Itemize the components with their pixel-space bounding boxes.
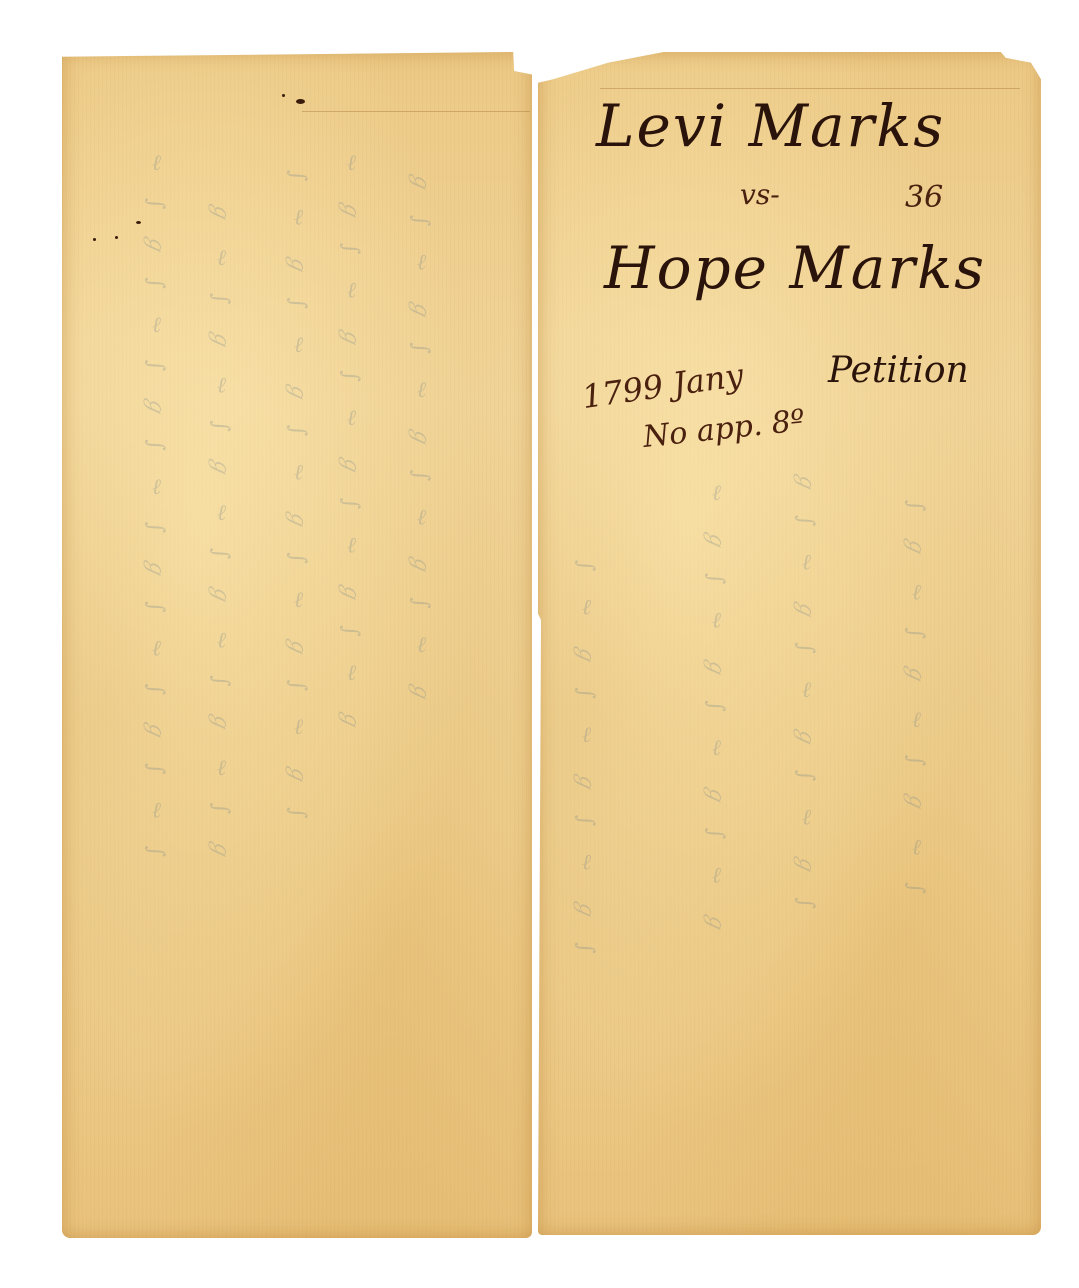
plaintiff-name: Levi Marks	[596, 92, 945, 160]
show-through-text: ∫ ℓ ℊ ∫ ℓ ℊ ∫ ℓ ℊ ∫ ℓ ℊ ∫ ℓ ℊ ∫	[282, 170, 313, 1050]
fold-crease	[302, 111, 530, 112]
show-through-text: ∫ ℊ ℓ ∫ ℊ ℓ ∫ ℊ ℓ ∫	[900, 500, 931, 1140]
show-through-text: ℊ ∫ ℓ ℊ ∫ ℓ ℊ ∫ ℓ ℊ ∫ ℓ ℊ	[405, 170, 436, 950]
ink-blot	[296, 99, 305, 104]
versus-label: vs-	[740, 178, 780, 211]
fold-crease	[600, 88, 1020, 89]
show-through-text: ℓ ∫ ℊ ∫ ℓ ∫ ℊ ∫ ℓ ∫ ℊ ∫ ℓ ∫ ℊ ∫ ℓ ∫	[140, 150, 171, 1050]
show-through-text: ℓ ℊ ∫ ℓ ℊ ∫ ℓ ℊ ∫ ℓ ℊ ∫ ℓ ℊ	[335, 150, 366, 950]
show-through-text: ∫ ℓ ℊ ∫ ℓ ℊ ∫ ℓ ℊ ∫	[570, 560, 601, 1180]
ink-speck	[115, 236, 118, 239]
ink-speck	[282, 94, 285, 97]
document-type: Petition	[828, 350, 969, 391]
ink-speck	[93, 238, 96, 241]
show-through-text: ℊ ∫ ℓ ℊ ∫ ℓ ℊ ∫ ℓ ℊ ∫	[790, 470, 821, 1170]
defendant-name: Hope Marks	[604, 234, 986, 302]
show-through-text: ℊ ℓ ∫ ℊ ℓ ∫ ℊ ℓ ∫ ℊ ℓ ∫ ℊ ℓ ∫ ℊ	[205, 200, 236, 1050]
show-through-text: ℓ ℊ ∫ ℓ ℊ ∫ ℓ ℊ ∫ ℓ ℊ	[700, 480, 731, 1180]
case-number: 36	[905, 180, 943, 215]
